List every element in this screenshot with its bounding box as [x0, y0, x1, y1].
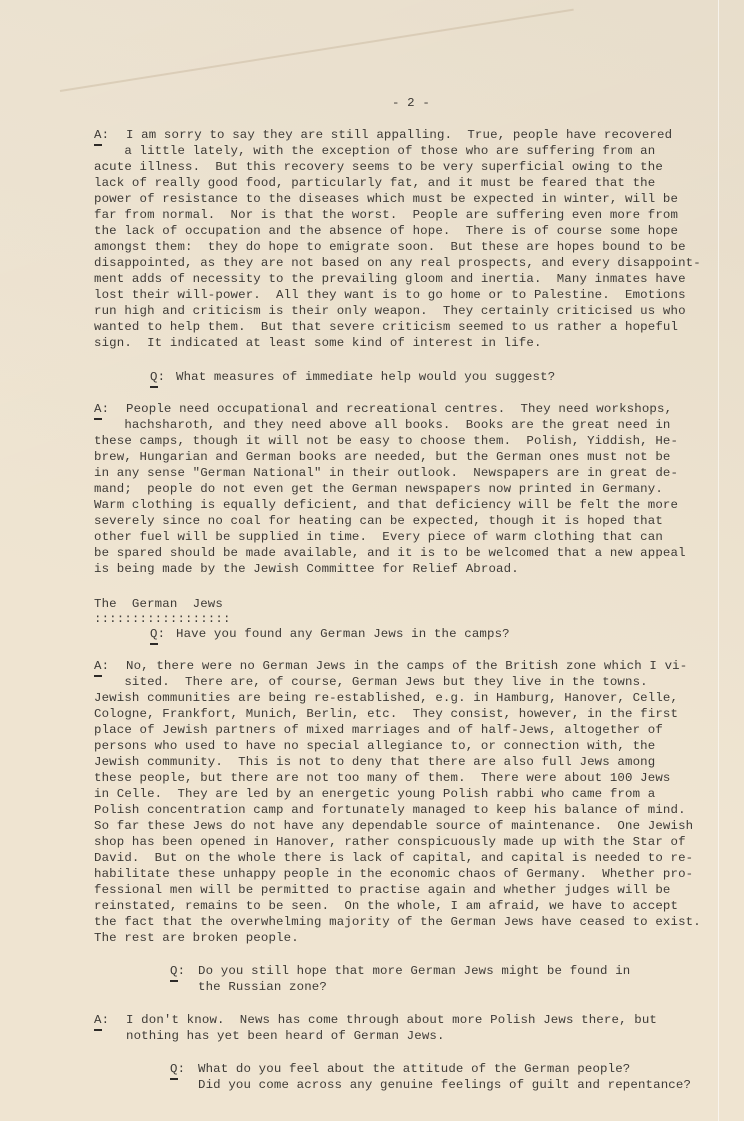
question-line: the Russian zone? — [198, 979, 327, 995]
question-line: Have you found any German Jews in the ca… — [176, 626, 510, 642]
question-label: Q: — [150, 626, 165, 642]
answer-line: Cologne, Frankfort, Munich, Berlin, etc.… — [94, 706, 678, 722]
answer-line: these camps, though it will not be easy … — [94, 433, 678, 449]
answer-line: persons who used to have no special alle… — [94, 738, 655, 754]
answer-line: People need occupational and recreationa… — [126, 401, 672, 417]
answer-line: fessional men will be permitted to pract… — [94, 882, 671, 898]
answer-line: disappointed, as they are not based on a… — [94, 255, 701, 271]
answer-line: a little lately, with the exception of t… — [94, 143, 655, 159]
answer-line: I don't know. News has come through abou… — [126, 1012, 657, 1028]
answer-line: is being made by the Jewish Committee fo… — [94, 561, 519, 577]
question-label: Q: — [170, 963, 185, 979]
paper-crease — [60, 9, 574, 92]
answer-line: severely since no coal for heating can b… — [94, 513, 663, 529]
answer-line: Warm clothing is equally deficient, and … — [94, 497, 678, 513]
page-number: - 2 - — [392, 95, 430, 111]
answer-line: acute illness. But this recovery seems t… — [94, 159, 663, 175]
section-heading-underline: :::::::::::::::::: — [94, 611, 231, 627]
question-line: What do you feel about the attitude of t… — [198, 1061, 630, 1077]
answer-line: in any sense "German National" in their … — [94, 465, 678, 481]
paper-fold-line — [718, 0, 719, 1121]
question-line: Do you still hope that more German Jews … — [198, 963, 630, 979]
answer-line: I am sorry to say they are still appalli… — [126, 127, 672, 143]
answer-line: Jewish communities are being re-establis… — [94, 690, 678, 706]
answer-line: Polish concentration camp and fortunatel… — [94, 802, 686, 818]
answer-line: run high and criticism is their only wea… — [94, 303, 686, 319]
answer-line: mand; people do not even get the German … — [94, 481, 663, 497]
answer-line: hachsharoth, and they need above all boo… — [94, 417, 671, 433]
section-heading: The German Jews — [94, 596, 223, 612]
answer-line: wanted to help them. But that severe cri… — [94, 319, 678, 335]
question-line: Did you come across any genuine feelings… — [198, 1077, 691, 1093]
answer-line: So far these Jews do not have any depend… — [94, 818, 693, 834]
answer-line: the lack of occupation and the absence o… — [94, 223, 678, 239]
answer-line: No, there were no German Jews in the cam… — [126, 658, 687, 674]
answer-line: nothing has yet been heard of German Jew… — [126, 1028, 445, 1044]
answer-line: The rest are broken people. — [94, 930, 299, 946]
answer-line: lost their will-power. All they want is … — [94, 287, 686, 303]
answer-line: David. But on the whole there is lack of… — [94, 850, 693, 866]
answer-line: ment adds of necessity to the prevailing… — [94, 271, 686, 287]
answer-line: power of resistance to the diseases whic… — [94, 191, 678, 207]
answer-label: A: — [94, 401, 109, 417]
answer-line: brew, Hungarian and German books are nee… — [94, 449, 671, 465]
answer-line: place of Jewish partners of mixed marria… — [94, 722, 663, 738]
question-label: Q: — [170, 1061, 185, 1077]
answer-line: these people, but there are not too many… — [94, 770, 671, 786]
question-line: What measures of immediate help would yo… — [176, 369, 555, 385]
answer-line: the fact that the overwhelming majority … — [94, 914, 701, 930]
answer-line: amongst them: they do hope to emigrate s… — [94, 239, 686, 255]
answer-line: far from normal. Nor is that the worst. … — [94, 207, 678, 223]
answer-line: habilitate these unhappy people in the e… — [94, 866, 693, 882]
typewritten-page: - 2 - A: I am sorry to say they are stil… — [0, 0, 744, 1121]
answer-label: A: — [94, 658, 109, 674]
answer-line: be spared should be made available, and … — [94, 545, 686, 561]
answer-line: Jewish community. This is not to deny th… — [94, 754, 655, 770]
question-label: Q: — [150, 369, 165, 385]
answer-line: lack of really good food, particularly f… — [94, 175, 655, 191]
answer-label: A: — [94, 1012, 109, 1028]
answer-label: A: — [94, 127, 109, 143]
answer-line: in Celle. They are led by an energetic y… — [94, 786, 655, 802]
answer-line: sign. It indicated at least some kind of… — [94, 335, 542, 351]
answer-line: shop has been opened in Hanover, rather … — [94, 834, 686, 850]
answer-line: other fuel will be supplied in time. Eve… — [94, 529, 663, 545]
answer-line: sited. There are, of course, German Jews… — [94, 674, 648, 690]
answer-line: reinstated, remains to be seen. On the w… — [94, 898, 678, 914]
